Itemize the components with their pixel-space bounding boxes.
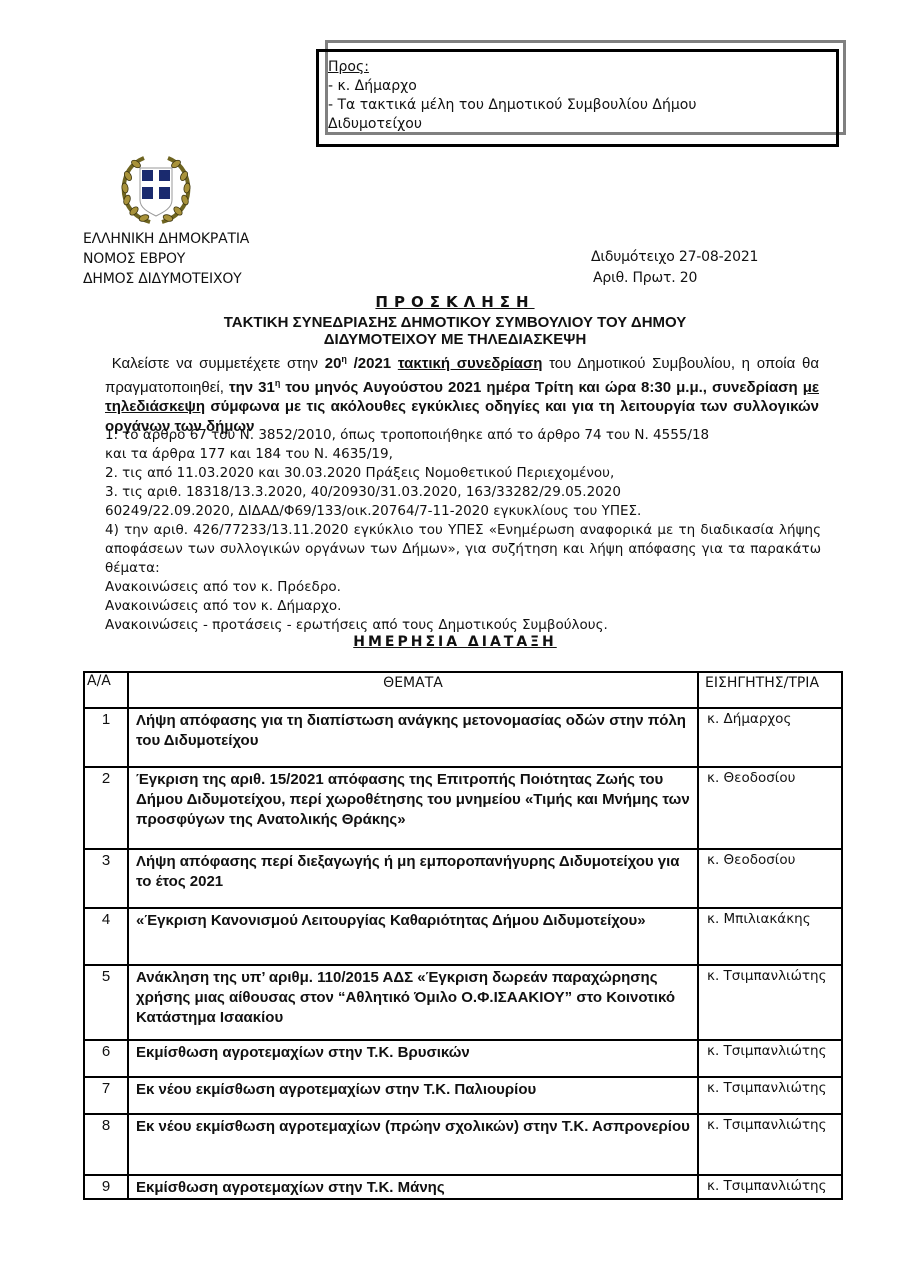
reference-line: και τα άρθρα 177 και 184 του Ν. 4635/19, [105, 445, 821, 464]
recipient-line: - Τα τακτικά μέλη του Δημοτικού Συμβουλί… [328, 96, 696, 115]
agenda-item-subject: Εκ νέου εκμίσθωση αγροτεμαχίων στην Τ.Κ.… [128, 1077, 698, 1114]
table-row: 7Εκ νέου εκμίσθωση αγροτεμαχίων στην Τ.Κ… [84, 1077, 842, 1114]
announcement-line: Ανακοινώσεις από τον κ. Πρόεδρο. [105, 578, 821, 597]
agenda-item-subject: Λήψη απόφασης για τη διαπίστωση ανάγκης … [128, 708, 698, 767]
agenda-item-rapporteur: κ. Τσιμπανλιώτης [698, 965, 842, 1040]
session-number: 20 [325, 355, 342, 372]
table-header-row: Α/Α ΘΕΜΑΤΑ ΕΙΣΗΓΗΤΗΣ/ΤΡΙΑ [84, 672, 842, 708]
recipient-text: Προς: - κ. Δήμαρχο - Τα τακτικά μέλη του… [328, 58, 696, 134]
document-subtitle: ΤΑΚΤΙΚΗ ΣΥΝΕΔΡΙΑΣΗΣ ΔΗΜΟΤΙΚΟΥ ΣΥΜΒΟΥΛΙΟΥ… [0, 314, 910, 348]
agenda-item-subject: Εκμίσθωση αγροτεμαχίων στην Τ.Κ. Μάνης [128, 1175, 698, 1199]
sender-block: ΕΛΛΗΝΙΚΗ ΔΗΜΟΚΡΑΤΙΑ ΝΟΜΟΣ ΕΒΡΟΥ ΔΗΜΟΣ ΔΙ… [83, 229, 249, 289]
subtitle-line: ΔΙΔΥΜΟΤΕΙΧΟΥ ΜΕ ΤΗΛΕΔΙΑΣΚΕΨΗ [0, 331, 910, 348]
agenda-item-rapporteur: κ. Θεοδοσίου [698, 767, 842, 849]
sender-line: ΕΛΛΗΝΙΚΗ ΔΗΜΟΚΡΑΤΙΑ [83, 229, 249, 249]
table-row: 2Έγκριση της αριθ. 15/2021 απόφασης της … [84, 767, 842, 849]
agenda-item-subject: Εκμίσθωση αγροτεμαχίων στην Τ.Κ. Βρυσικώ… [128, 1040, 698, 1077]
agenda-item-rapporteur: κ. Τσιμπανλιώτης [698, 1040, 842, 1077]
table-row: 1Λήψη απόφασης για τη διαπίστωση ανάγκης… [84, 708, 842, 767]
agenda-item-rapporteur: κ. Μπιλιακάκης [698, 908, 842, 965]
table-row: 5Ανάκληση της υπ’ αριθμ. 110/2015 ΑΔΣ «Έ… [84, 965, 842, 1040]
agenda-item-number: 6 [84, 1040, 128, 1077]
agenda-item-subject: «Έγκριση Κανονισμού Λειτουργίας Καθαριότ… [128, 908, 698, 965]
protocol-number: Αριθ. Πρωτ. 20 [593, 270, 697, 286]
reference-line: 1. το άρθρο 67 του Ν. 3852/2010, όπως τρ… [105, 426, 821, 445]
table-row: 8Εκ νέου εκμίσθωση αγροτεμαχίων (πρώην σ… [84, 1114, 842, 1175]
column-header-subjects: ΘΕΜΑΤΑ [128, 672, 698, 708]
agenda-item-subject: Λήψη απόφασης περί διεξαγωγής ή μη εμπορ… [128, 849, 698, 908]
reference-line: 60249/22.09.2020, ΔΙΔΑΔ/Φ69/133/οικ.2076… [105, 502, 821, 521]
session-type: τακτική συνεδρίαση [398, 355, 543, 372]
session-year: /2021 [347, 355, 398, 372]
recipient-line: - κ. Δήμαρχο [328, 77, 696, 96]
greek-coat-of-arms-icon [120, 154, 192, 226]
agenda-item-number: 3 [84, 849, 128, 908]
reference-line: 4) την αριθ. 426/77233/13.11.2020 εγκύκλ… [105, 521, 821, 578]
agenda-item-number: 2 [84, 767, 128, 849]
recipient-line: Διδυμοτείχου [328, 115, 696, 134]
agenda-item-rapporteur: κ. Τσιμπανλιώτης [698, 1175, 842, 1199]
recipient-label: Προς: [328, 58, 696, 77]
document-title: ΠΡΟΣΚΛΗΣΗ [0, 293, 910, 311]
agenda-item-number: 8 [84, 1114, 128, 1175]
agenda-item-subject: Ανάκληση της υπ’ αριθμ. 110/2015 ΑΔΣ «Έγ… [128, 965, 698, 1040]
agenda-item-rapporteur: κ. Τσιμπανλιώτης [698, 1077, 842, 1114]
meeting-day: την 31 [229, 379, 275, 396]
reference-line: 2. τις από 11.03.2020 και 30.03.2020 Πρά… [105, 464, 821, 483]
agenda-item-number: 4 [84, 908, 128, 965]
agenda-title: ΗΜΕΡΗΣΙΑ ΔΙΑΤΑΞΗ [0, 634, 910, 650]
sender-line: ΝΟΜΟΣ ΕΒΡΟΥ [83, 249, 249, 269]
agenda-item-subject: Εκ νέου εκμίσθωση αγροτεμαχίων (πρώην σχ… [128, 1114, 698, 1175]
document-date: Διδυμότειχο 27-08-2021 [591, 249, 758, 265]
announcement-line: Ανακοινώσεις από τον κ. Δήμαρχο. [105, 597, 821, 616]
column-header-rapporteur: ΕΙΣΗΓΗΤΗΣ/ΤΡΙΑ [698, 672, 842, 708]
agenda-item-number: 9 [84, 1175, 128, 1199]
legal-references: 1. το άρθρο 67 του Ν. 3852/2010, όπως τρ… [105, 426, 821, 635]
invitation-paragraph: Καλείστε να συμμετέχετε στην 20η /2021 τ… [105, 350, 819, 436]
agenda-item-rapporteur: κ. Τσιμπανλιώτης [698, 1114, 842, 1175]
table-row: 3Λήψη απόφασης περί διεξαγωγής ή μη εμπο… [84, 849, 842, 908]
table-row: 6Εκμίσθωση αγροτεμαχίων στην Τ.Κ. Βρυσικ… [84, 1040, 842, 1077]
agenda-item-rapporteur: κ. Θεοδοσίου [698, 849, 842, 908]
agenda-item-rapporteur: κ. Δήμαρχος [698, 708, 842, 767]
agenda-item-number: 1 [84, 708, 128, 767]
agenda-item-subject: Έγκριση της αριθ. 15/2021 απόφασης της Ε… [128, 767, 698, 849]
meeting-datetime: του μηνός Αυγούστου 2021 ημέρα Τρίτη και… [280, 379, 802, 396]
announcement-line: Ανακοινώσεις - προτάσεις - ερωτήσεις από… [105, 616, 821, 635]
sender-line: ΔΗΜΟΣ ΔΙΔΥΜΟΤΕΙΧΟΥ [83, 269, 249, 289]
agenda-item-number: 7 [84, 1077, 128, 1114]
subtitle-line: ΤΑΚΤΙΚΗ ΣΥΝΕΔΡΙΑΣΗΣ ΔΗΜΟΤΙΚΟΥ ΣΥΜΒΟΥΛΙΟΥ… [0, 314, 910, 331]
table-row: 9Εκμίσθωση αγροτεμαχίων στην Τ.Κ. Μάνηςκ… [84, 1175, 842, 1199]
intro-text: Καλείστε να συμμετέχετε στην [112, 355, 325, 372]
column-header-number: Α/Α [84, 672, 128, 708]
reference-line: 3. τις αριθ. 18318/13.3.2020, 40/20930/3… [105, 483, 821, 502]
agenda-table: Α/Α ΘΕΜΑΤΑ ΕΙΣΗΓΗΤΗΣ/ΤΡΙΑ 1Λήψη απόφασης… [83, 671, 843, 1200]
agenda-item-number: 5 [84, 965, 128, 1040]
table-row: 4«Έγκριση Κανονισμού Λειτουργίας Καθαριό… [84, 908, 842, 965]
